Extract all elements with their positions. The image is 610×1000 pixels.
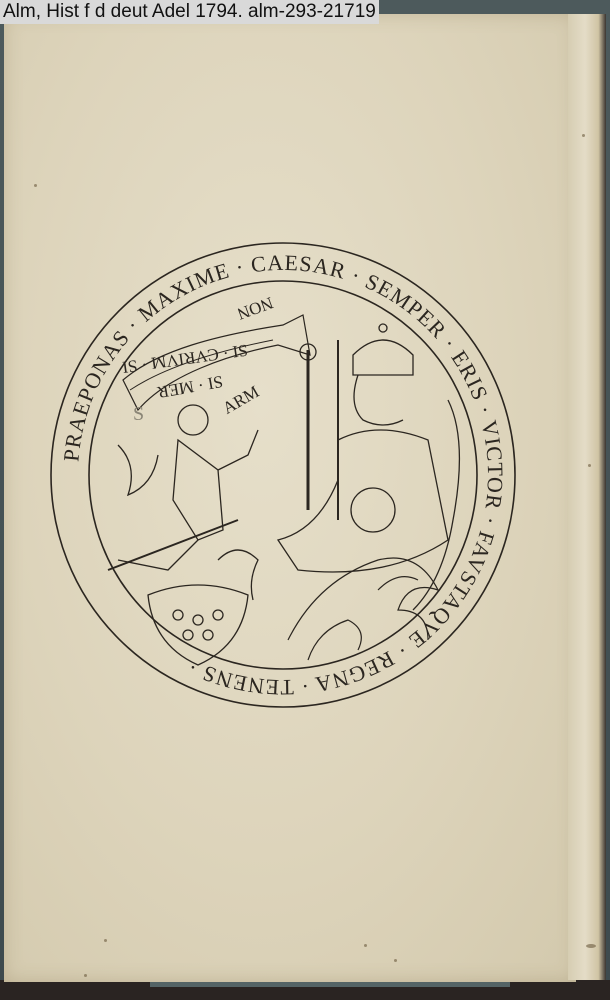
enthroned-emperor [278, 324, 459, 610]
kneeling-knight [108, 405, 258, 570]
foxing-spot [582, 134, 585, 137]
foxing-spot [84, 974, 87, 977]
foxing-spot [364, 944, 367, 947]
foxing-spot [588, 464, 591, 467]
image-caption: Alm, Hist f d deut Adel 1794. alm-293-21… [0, 0, 379, 24]
scroll-letter-s: S [133, 403, 144, 425]
medal-illustration: PRAEPONAS · MAXIME · CAESAR · SEMPER · E… [48, 240, 518, 710]
coat-of-arms [148, 550, 258, 665]
outer-ring [51, 243, 515, 707]
medal-engraving: PRAEPONAS · MAXIME · CAESAR · SEMPER · E… [48, 240, 518, 710]
inner-ring [89, 281, 477, 669]
foxing-spot [394, 959, 397, 962]
page-fore-edge [568, 14, 606, 980]
scroll-text-arm: ARM [219, 382, 262, 418]
medal-legend: PRAEPONAS · MAXIME · CAESAR · SEMPER · E… [58, 250, 508, 700]
foxing-spot [586, 944, 596, 948]
scroll-text-non: NON [235, 293, 276, 323]
scroll-text-mer: SI · MER [155, 372, 224, 402]
scroll-text-curium: SI · CVRIVM · SI [121, 341, 249, 377]
foxing-spot [34, 184, 37, 187]
foxing-spot [104, 939, 107, 942]
